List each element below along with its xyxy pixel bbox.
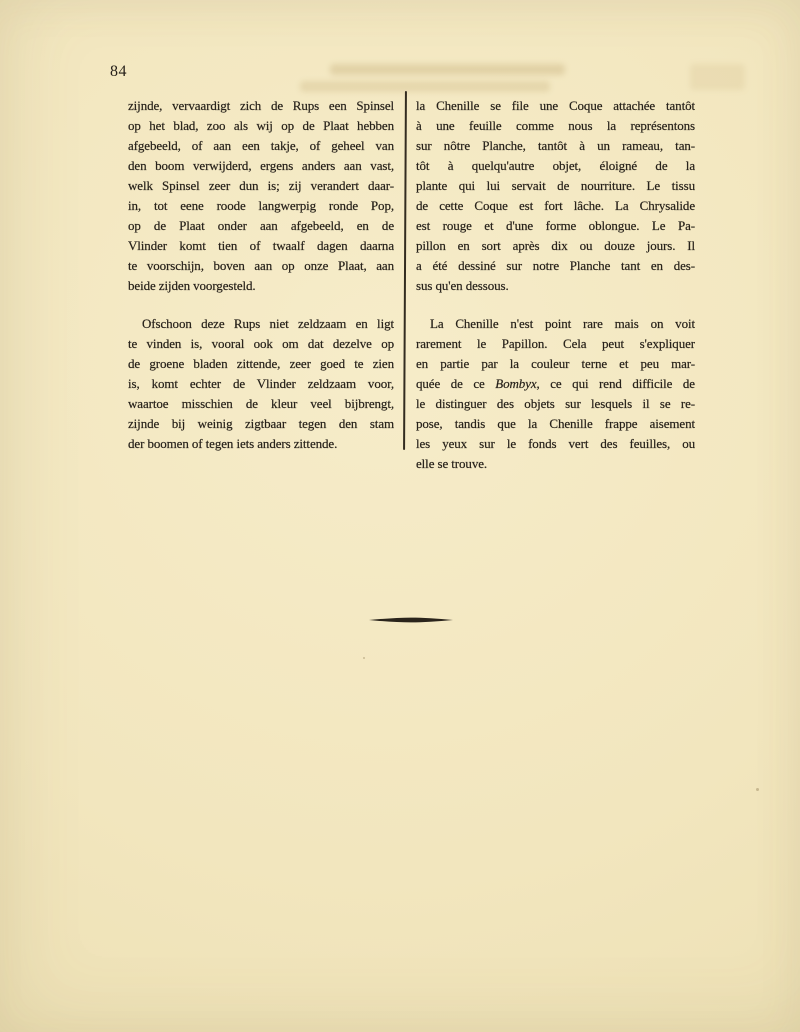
left-column-dutch-text: zijnde, vervaardigt zich de Rups een Spi…	[128, 96, 394, 454]
paper-speck	[756, 788, 759, 791]
text-line: plante qui lui servait de nourriture. Le…	[416, 176, 695, 196]
text-line: op het blad, zoo als wij op de Plaat heb…	[128, 116, 394, 136]
ink-bleedthrough	[300, 81, 550, 92]
text-line: est rouge et d'une forme oblongue. Le Pa…	[416, 216, 695, 236]
text-line: in, tot eene roode langwerpig ronde Pop,	[128, 196, 394, 216]
text-line: de groene bladen zittende, zeer goed te …	[128, 354, 394, 374]
text-line: quée de ce Bombyx, ce qui rend difficile…	[416, 374, 695, 394]
paragraph: la Chenille se file une Coque attachée t…	[416, 96, 695, 296]
book-page: 84 zijnde, vervaardigt zich de Rups een …	[0, 0, 800, 1032]
text-line: welk Spinsel zeer dun is; zij verandert …	[128, 176, 394, 196]
text-line: de cette Coque est fort lâche. La Chrysa…	[416, 196, 695, 216]
paragraph: La Chenille n'est point rare mais on voi…	[416, 314, 695, 474]
text-line: la Chenille se file une Coque attachée t…	[416, 96, 695, 116]
paragraph: zijnde, vervaardigt zich de Rups een Spi…	[128, 96, 394, 296]
text-line: a été dessiné sur notre Planche tant en …	[416, 256, 695, 276]
text-line: Ofschoon deze Rups niet zeldzaam en ligt	[128, 314, 394, 334]
text-line: der boomen of tegen iets anders zittende…	[128, 434, 394, 454]
paragraph: Ofschoon deze Rups niet zeldzaam en ligt…	[128, 314, 394, 454]
text-line: rarement le Papillon. Cela peut s'expliq…	[416, 334, 695, 354]
text-line: pillon en sort après dix ou douze jours.…	[416, 236, 695, 256]
text-line: le distinguer des objets sur lesquels il…	[416, 394, 695, 414]
text-line: beide zijden voorgesteld.	[128, 276, 394, 296]
text-line: tôt à quelqu'autre objet, éloigné de la	[416, 156, 695, 176]
ink-bleedthrough	[690, 64, 745, 90]
right-column-french-text: la Chenille se file une Coque attachée t…	[416, 96, 695, 474]
text-line: is, komt echter de Vlinder zeldzaam voor…	[128, 374, 394, 394]
text-line: zijnde bij weinig zigtbaar tegen den sta…	[128, 414, 394, 434]
text-line: den boom verwijderd, ergens anders aan v…	[128, 156, 394, 176]
text-line: op de Plaat onder aan afgebeeld, en de	[128, 216, 394, 236]
text-line: te vinden is, vooral ook om dat dezelve …	[128, 334, 394, 354]
swelled-rule-ornament	[369, 616, 453, 624]
text-line: La Chenille n'est point rare mais on voi…	[416, 314, 695, 334]
text-line: pose, tandis que la Chenille frappe aise…	[416, 414, 695, 434]
paper-speck	[363, 657, 365, 659]
text-line: sur nôtre Planche, tantôt à un rameau, t…	[416, 136, 695, 156]
text-line: elle se trouve.	[416, 454, 695, 474]
text-line: sus qu'en dessous.	[416, 276, 695, 296]
text-line: zijnde, vervaardigt zich de Rups een Spi…	[128, 96, 394, 116]
page-number: 84	[110, 63, 127, 81]
column-divider-rule	[403, 91, 407, 450]
text-line: afgebeeld, of aan een takje, of geheel v…	[128, 136, 394, 156]
ink-bleedthrough	[330, 64, 565, 75]
text-line: en partie par la couleur terne et peu ma…	[416, 354, 695, 374]
text-line: à une feuille comme nous la représentons	[416, 116, 695, 136]
text-line: Vlinder komt tien of twaalf dagen daarna	[128, 236, 394, 256]
text-line: les yeux sur le fonds vert des feuilles,…	[416, 434, 695, 454]
text-line: waartoe misschien de kleur veel bijbreng…	[128, 394, 394, 414]
text-line: te voorschijn, boven aan op onze Plaat, …	[128, 256, 394, 276]
